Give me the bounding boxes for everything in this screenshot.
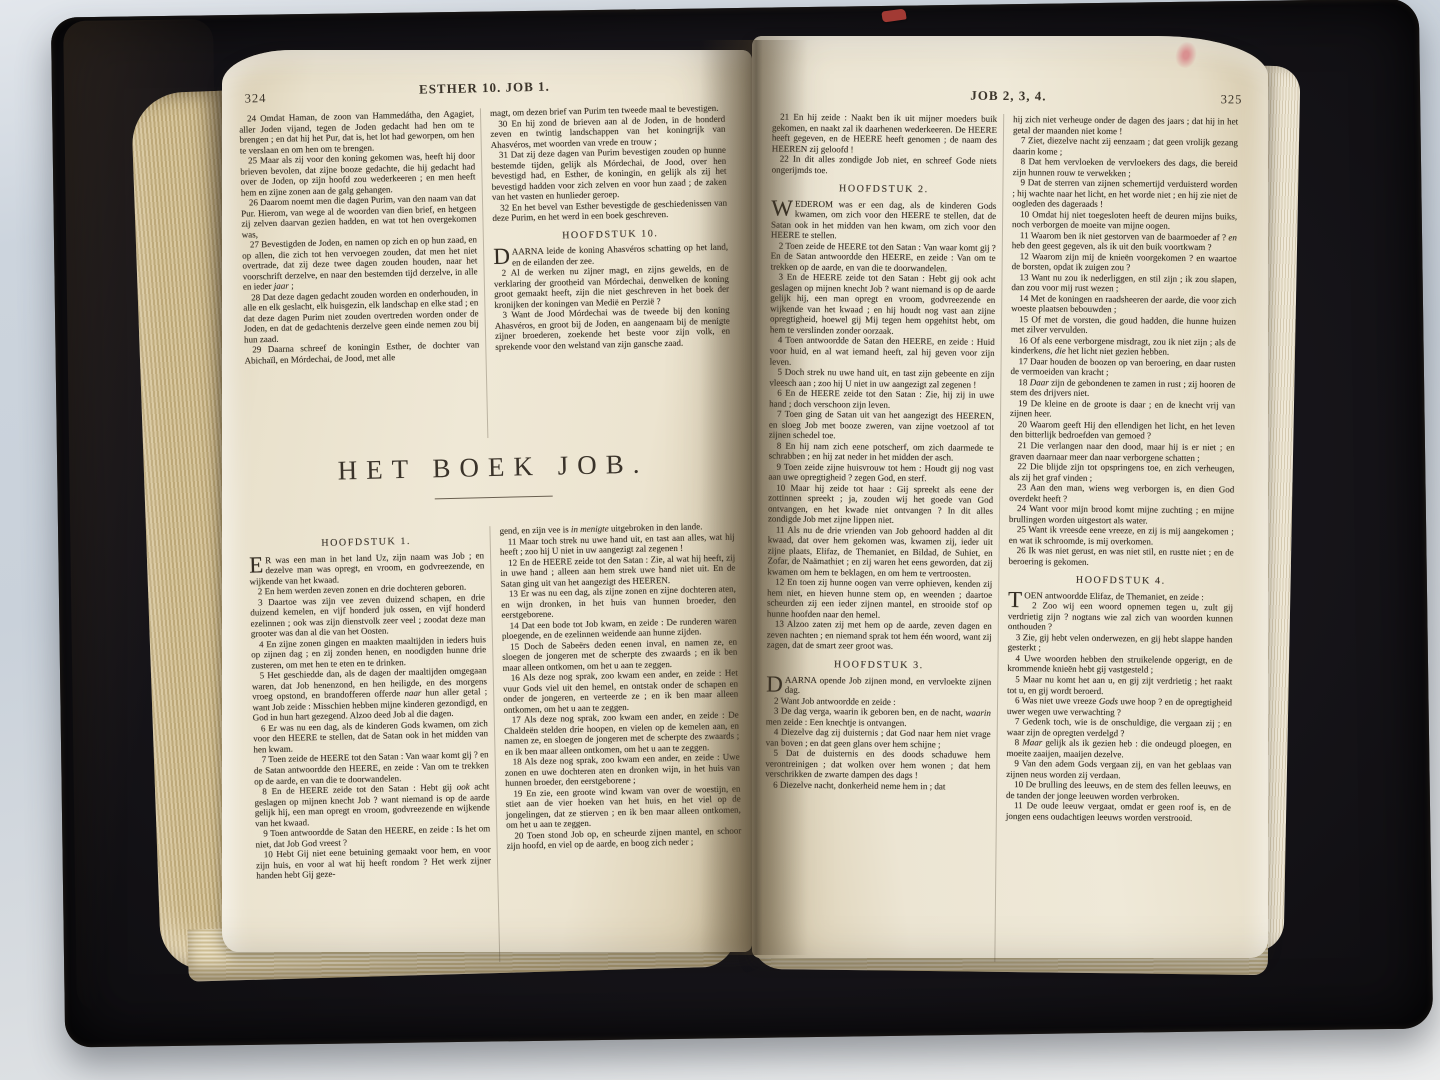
text-column: 21 En hij zeide : Naakt ben ik uit mijne… [763,112,1003,962]
verse: 23 Aan den man, wiens weg verborgen is, … [1009,482,1234,505]
verse: 2 Al de werken nu zijner magt, en zijns … [494,263,730,310]
chapter-heading: HOOFDSTUK 2. [771,183,996,197]
verse: 10 Omdat hij niet toegesloten heeft de d… [1012,209,1237,232]
photo-of-open-bible: 324 ESTHER 10. JOB 1. 24 Omdat Haman, de… [0,0,1440,1080]
verse: 2 Zoo wij een woord opnemen tegen u, zul… [1008,600,1233,634]
verse: 11 De oude leeuw vergaat, omdat er geen … [1006,800,1231,823]
right-running-head: JOB 2, 3, 4. [772,86,1244,107]
verse-continuation: hij zich niet verheuge onder de dagen de… [1013,114,1238,137]
verse: 17 Daar houden de boozen op van beroerin… [1010,356,1235,379]
verse: 29 Daarna schreef de koningin Esther, de… [244,340,479,366]
book-title: HET BOEK JOB. [247,446,740,488]
verse: 6 Was niet uwe vreeze Gods uwe hoop ? en… [1007,695,1232,718]
esther-section: 24 Omdat Haman, de zoon van Hammedátha, … [239,103,738,444]
right-page-header: JOB 2, 3, 4. 325 [772,86,1244,113]
verse: 25 Maar als zij voor den koning gekomen … [240,150,476,197]
verse: 24 Omdat Haman, de zoon van Hammedátha, … [239,108,475,155]
verse: 32 En het bevel van Esther bevestigde de… [492,197,727,223]
verse: 5 Het geschiedde dan, als de dagen der m… [252,666,488,724]
verse: 20 Toen stond Job op, en scheurde zijnen… [506,825,741,851]
verse: 7 Toen ging de Satan uit van het aangezi… [769,409,994,443]
verse: 19 En zie, een groote wind kwam van over… [505,783,741,830]
title-rule [435,496,553,500]
verse: 4 Diezelve dag zij duisternis ; dat God … [766,727,991,750]
right-page-number: 325 [1221,92,1243,107]
verse: 26 Ik was niet gerust, en was niet stil,… [1008,545,1233,568]
verse: 13 Want nu zou ik nederliggen, en stil z… [1011,272,1236,295]
chapter-heading: HOOFDSTUK 4. [1008,574,1233,588]
verse: 8 En de HEERE zeide tot den Satan : Hebt… [254,781,490,828]
verse: 2 Toen zeide de HEERE tot den Satan : Va… [771,240,996,274]
verse: 12 Waarom zijn mij de knieën voorgekomen… [1012,251,1237,274]
verse: 20 Waarom geeft Hij den ellendigen het l… [1010,419,1235,442]
verse: 9 Dat de sterren van zijnen schemertijd … [1012,177,1237,211]
verse: 31 Dat zij deze dagen van Purim bevestig… [491,145,727,203]
verse: 4 Toen antwoordde de Satan den HEERE, en… [770,335,995,369]
verse: 12 En toen zij hunne oogen van verre oph… [767,577,992,621]
verse: 18 Daar zijn de gebondenen te zamen in r… [1010,377,1235,400]
verse: 5 Dat de duisternis en des doods schaduw… [765,748,990,782]
chapter-heading: HOOFDSTUK 1. [249,534,484,551]
verse: 8 En hij nam zich eene potscherf, om zic… [769,440,994,463]
verse: 3 Daartoe was zijn vee zeven duizend sch… [250,592,486,639]
left-page-header: 324 ESTHER 10. JOB 1. [238,75,730,108]
verse: 21 En hij zeide : Naakt ben ik uit mijne… [772,112,997,156]
left-page-content: 324 ESTHER 10. JOB 1. 24 Omdat Haman, de… [238,75,749,944]
verse: 5 Doch strek nu uwe hand uit, en tast zi… [769,367,994,390]
book-title-block: HET BOEK JOB. [246,432,740,531]
verse: 9 Toen zeide zijne huisvrouw tot hem : H… [768,461,993,484]
verse: 10 Hebt Gij niet eene betuining gemaakt … [256,844,492,881]
left-running-head: ESTHER 10. JOB 1. [238,75,730,102]
verse: 3 Zie, gij hebt velen onderwezen, en gij… [1008,632,1233,655]
verse: 7 Ziet, diezelve nacht zij eenzaam ; dat… [1013,135,1238,158]
verse: 5 Maar nu komt het aan u, en gij zijt ve… [1007,674,1232,697]
verse: 21 Die verlangen naar den dood, maar hij… [1010,440,1235,463]
verse: 14 Met de koningen en raadsheeren der aa… [1011,293,1236,316]
verse: 8 Dat hem vervloeken de vervloekers des … [1013,156,1238,179]
text-column: HOOFDSTUK 1.ER was een man in het land U… [248,526,499,967]
verse: 3 De dag verga, waarin ik geboren ben, e… [766,706,991,729]
verse: 10 Maar hij zeide tot haar : Gij spreekt… [768,482,993,526]
chapter-opening: DAARNA opende Job zijnen mond, en vervlo… [766,674,991,697]
verse: 27 Bevestigden de Joden, en namen op zic… [242,235,478,293]
verse: 3 Want de Jood Mórdechai was de tweede b… [494,305,730,352]
verse: 11 Als nu de drie vrienden van Job gehoo… [767,524,993,579]
verse: 22 In dit alles zondigde Job niet, en sc… [772,154,997,177]
verse: 15 Of met de vorsten, die goud hadden, d… [1011,314,1236,337]
verse: 8 Maar gelijk als ik gezien heb : die on… [1006,737,1231,760]
verse: 25 Want ik vreesde eene vreeze, en zij i… [1009,524,1234,547]
verse: 7 Gedenk toch, wie is de onschuldige, di… [1007,716,1232,739]
chapter-heading: HOOFDSTUK 3. [766,658,991,672]
verse: 22 Die blijde zijn tot opspringens toe, … [1009,461,1234,484]
verse: 16 Als deze nog sprak, zoo kwam een ande… [503,668,739,715]
chapter-opening: WEDEROM was er een dag, als de kinderen … [771,198,996,242]
right-page: JOB 2, 3, 4. 325 21 En hij zeide : Naakt… [752,36,1268,958]
verse: 6 En de HEERE zeide tot den Satan : Zie,… [769,388,994,411]
chapter-heading: HOOFDSTUK 10. [493,226,728,243]
job-section: HOOFDSTUK 1.ER was een man in het land U… [248,520,750,967]
verse: 19 De kleine en de groote is daar ; en d… [1010,398,1235,421]
verse: 28 Dat deze dagen gedacht zouden worden … [243,287,479,345]
verse: 24 Want voor mijn brood komt mijne zucht… [1009,503,1234,526]
verse: 16 Of als eene verborgene misdragt, zou … [1011,335,1236,358]
verse: 10 De brulling des leeuws, en de stem de… [1006,779,1231,802]
verse: 11 Waarom ben ik niet gestorven van de b… [1012,230,1237,253]
verse: 13 Alzoo zaten zij met hem op de aarde, … [767,619,992,653]
text-column: magt, om dezen brief van Purim ten tweed… [480,103,738,439]
right-page-content: JOB 2, 3, 4. 325 21 En hij zeide : Naakt… [764,86,1245,947]
verse: 6 Diezelve nacht, donkerheid neme hem in… [765,779,990,792]
text-column: hij zich niet verheuge onder de dagen de… [994,114,1244,964]
verse: 9 Van den adem Gods vergaan zij, en van … [1006,758,1231,781]
text-column: 24 Omdat Haman, de zoon van Hammedátha, … [239,108,487,443]
verse: 3 En de HEERE zeide tot den Satan : Hebt… [770,272,996,337]
verse: 17 Als deze nog sprak, zoo kwam een ande… [504,710,740,757]
verse: 4 Uwe woorden hebben den struikelende op… [1007,653,1232,676]
text-column: gend, en zijn vee is in menigte uitgebro… [489,520,750,962]
left-page: 324 ESTHER 10. JOB 1. 24 Omdat Haman, de… [222,50,752,952]
job-section-continued: 21 En hij zeide : Naakt ben ik uit mijne… [763,112,1244,965]
verse: 26 Daarom noemt men die dagen Purim, van… [241,192,477,239]
